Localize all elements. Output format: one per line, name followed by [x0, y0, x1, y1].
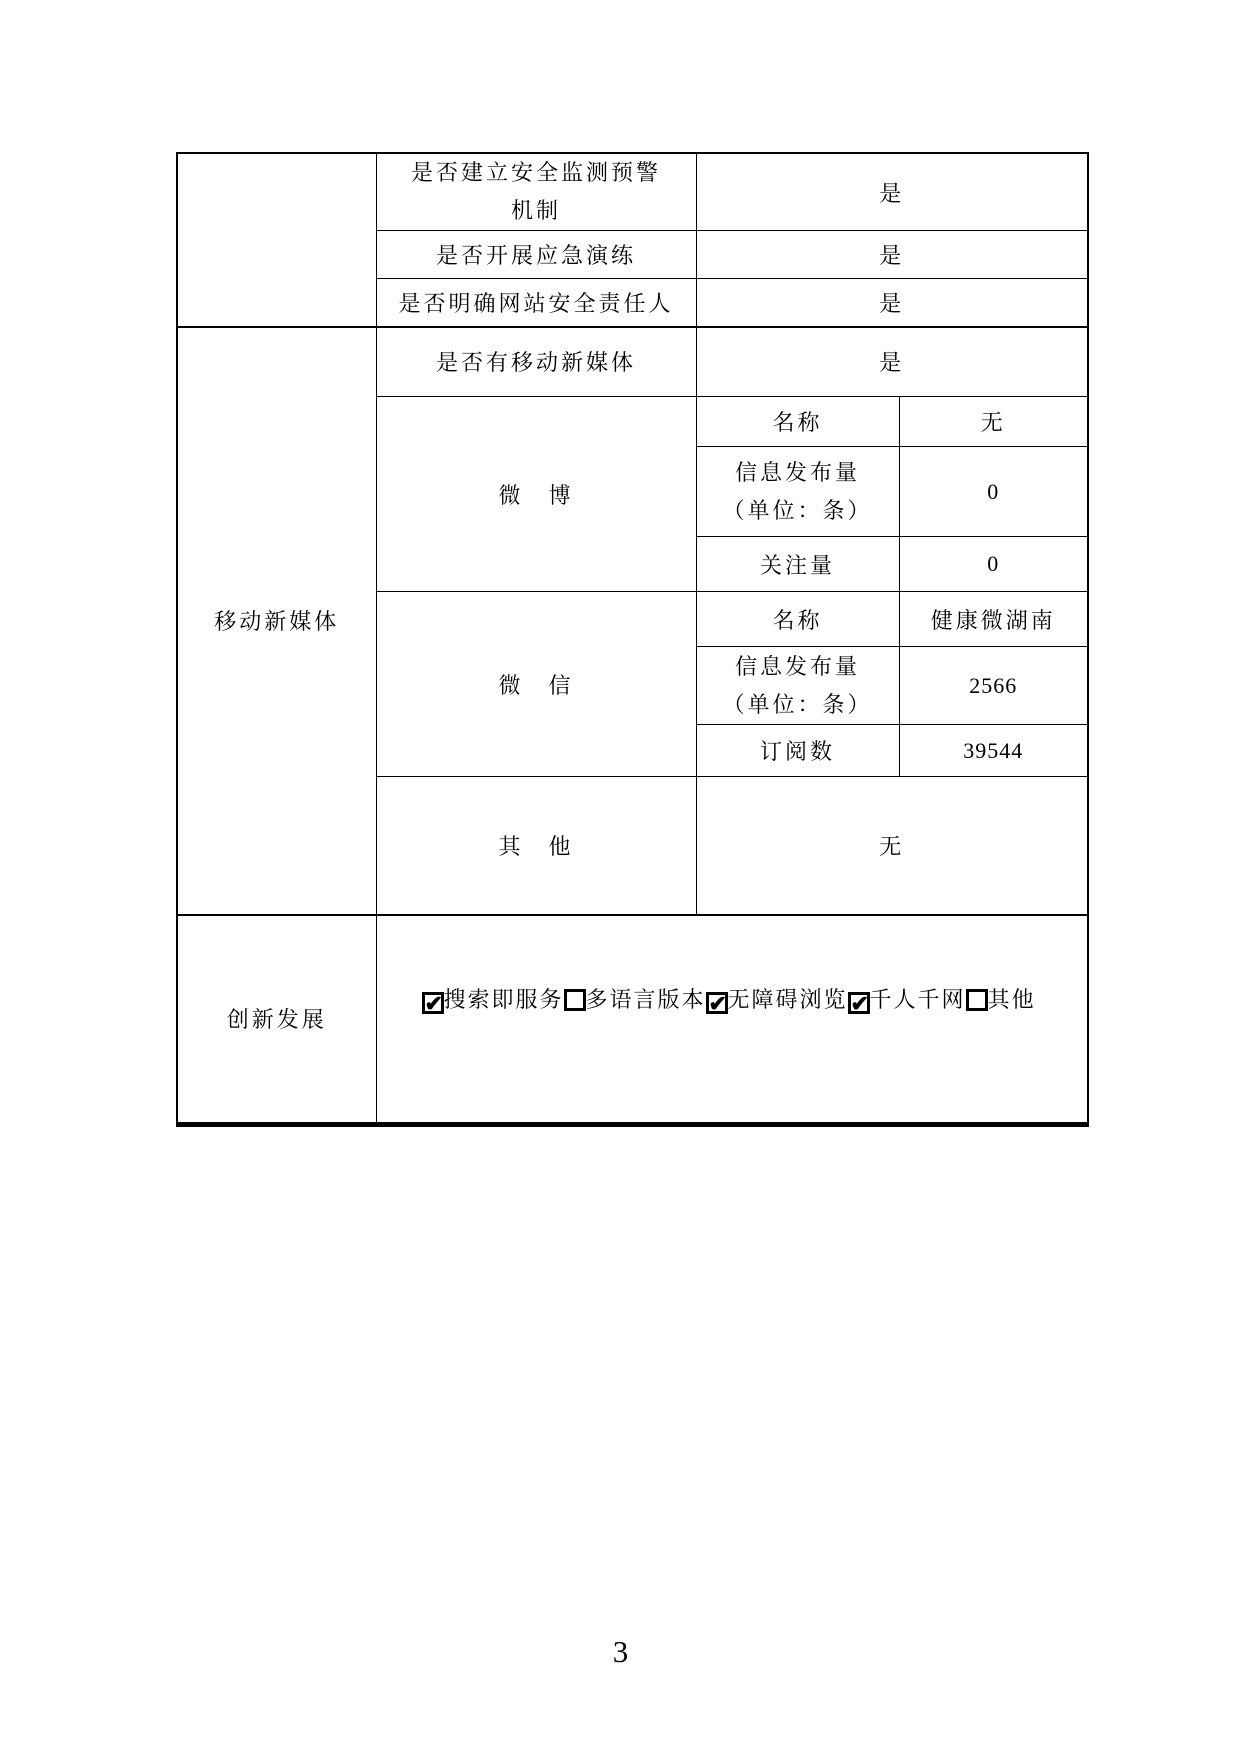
wechat-group-label-cell: 微 信 [376, 592, 696, 777]
document-page: { "page_number": "3", "colors": { "borde… [0, 0, 1241, 1754]
row-label: （单位：条） [697, 686, 899, 724]
wechat-subscribers-value-cell: 39544 [899, 725, 1088, 777]
has-mobile-label-cell: 是否有移动新媒体 [376, 327, 696, 397]
wechat-posts-label-cell: 信息发布量 （单位：条） [696, 647, 899, 725]
row-label: 是否建立安全监测预警 [377, 154, 696, 192]
table-row: 创新发展 ✔搜索即服务多语言版本✔无障碍浏览✔千人千网其他 [177, 915, 1088, 1125]
wechat-posts-value-cell: 2566 [899, 647, 1088, 725]
security-monitor-label-cell: 是否建立安全监测预警 机制 [376, 153, 696, 231]
page-number: 3 [0, 1634, 1241, 1670]
innovation-option-label: 多语言版本 [586, 987, 706, 1012]
weibo-followers-label-cell: 关注量 [696, 537, 899, 592]
innovation-option-label: 其他 [988, 987, 1036, 1012]
table-row: 是否建立安全监测预警 机制 是 [177, 153, 1088, 231]
other-media-label-cell: 其 他 [376, 777, 696, 915]
innovation-option-label: 无障碍浏览 [728, 987, 848, 1012]
checkbox-checked-icon[interactable]: ✔ [848, 992, 870, 1014]
weibo-name-value-cell: 无 [899, 397, 1088, 447]
innovation-option: 其他 [966, 987, 1036, 1012]
emergency-drill-label-cell: 是否开展应急演练 [376, 231, 696, 279]
innovation-option-label: 千人千网 [870, 987, 966, 1012]
weibo-group-label-cell: 微 博 [376, 397, 696, 592]
mobile-media-section-header-cell: 移动新媒体 [177, 327, 376, 915]
checkbox-checked-icon[interactable]: ✔ [422, 992, 444, 1014]
checkbox-unchecked-icon[interactable] [564, 989, 586, 1011]
checkbox-unchecked-icon[interactable] [966, 989, 988, 1011]
weibo-posts-value-cell: 0 [899, 447, 1088, 537]
innovation-option: ✔千人千网 [848, 987, 966, 1012]
innovation-option: ✔无障碍浏览 [706, 987, 848, 1012]
row-label: 信息发布量 [697, 454, 899, 492]
innovation-section-header-cell: 创新发展 [177, 915, 376, 1125]
security-officer-value-cell: 是 [696, 279, 1088, 327]
wechat-subscribers-label-cell: 订阅数 [696, 725, 899, 777]
innovation-options-cell: ✔搜索即服务多语言版本✔无障碍浏览✔千人千网其他 [376, 915, 1088, 1125]
innovation-options: ✔搜索即服务多语言版本✔无障碍浏览✔千人千网其他 [422, 987, 1036, 1012]
weibo-posts-label-cell: 信息发布量 （单位：条） [696, 447, 899, 537]
has-mobile-value-cell: 是 [696, 327, 1088, 397]
security-monitor-value-cell: 是 [696, 153, 1088, 231]
row-label: 信息发布量 [697, 648, 899, 686]
security-officer-label-cell: 是否明确网站安全责任人 [376, 279, 696, 327]
security-section-header-cell [177, 153, 376, 327]
row-label: （单位：条） [697, 492, 899, 530]
wechat-name-label-cell: 名称 [696, 592, 899, 647]
row-label: 机制 [377, 192, 696, 230]
innovation-option: 多语言版本 [564, 987, 706, 1012]
wechat-name-value-cell: 健康微湖南 [899, 592, 1088, 647]
innovation-option: ✔搜索即服务 [422, 987, 564, 1012]
emergency-drill-value-cell: 是 [696, 231, 1088, 279]
report-table: 是否建立安全监测预警 机制 是 是否开展应急演练 是 是否明确网站安全责任人 是… [176, 152, 1089, 1127]
weibo-followers-value-cell: 0 [899, 537, 1088, 592]
weibo-name-label-cell: 名称 [696, 397, 899, 447]
other-media-value-cell: 无 [696, 777, 1088, 915]
checkbox-checked-icon[interactable]: ✔ [706, 992, 728, 1014]
innovation-option-label: 搜索即服务 [444, 987, 564, 1012]
table-row: 移动新媒体 是否有移动新媒体 是 [177, 327, 1088, 397]
